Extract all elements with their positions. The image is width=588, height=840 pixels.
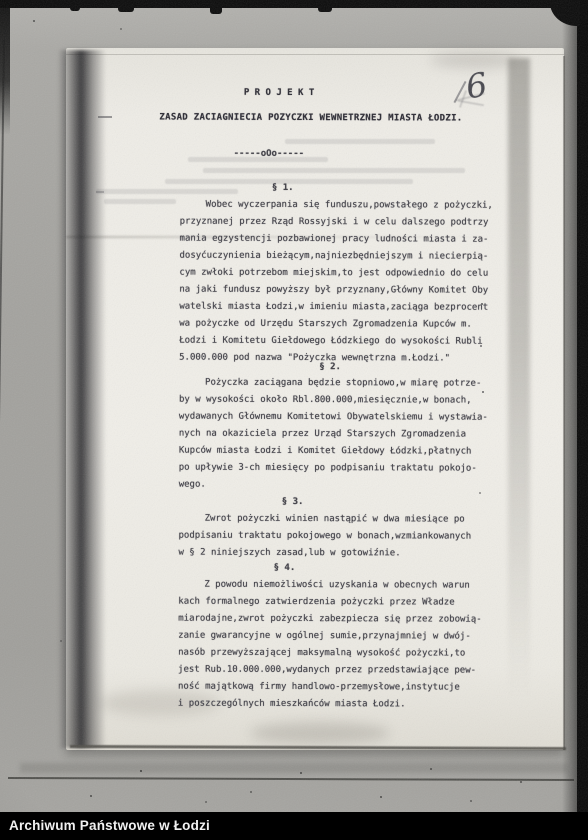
typed-line: wego. bbox=[179, 477, 509, 495]
typed-line: Wobec wyczerpania się funduszu,powstałeg… bbox=[180, 197, 510, 215]
typed-line: miarodajne,zwrot pożyczki zabezpiecza si… bbox=[178, 611, 508, 629]
typed-line: kach formalnego zatwierdzenia pożyczki p… bbox=[178, 594, 508, 612]
film-frame-drip bbox=[318, 8, 332, 12]
typed-line: ność majątkową firmy handlowo-przemysłow… bbox=[178, 679, 508, 697]
section-4-text: Z powodu niemożliwości uzyskania w obecn… bbox=[178, 577, 508, 714]
typed-line: Pożyczka zaciągana będzie stopniowo,w mi… bbox=[179, 375, 509, 393]
typed-line: nych na okaziciela przez Urząd Starszych… bbox=[179, 426, 509, 444]
typed-line: Kupców miasta Łodzi i Komitet Giełdowy Ł… bbox=[179, 443, 509, 461]
typed-line: wa pożyczke od Urzędu Starszych Zgromadz… bbox=[179, 316, 509, 334]
typed-line: wydawanych Głównemu Komitetowi Obywatels… bbox=[179, 409, 509, 427]
typed-line: zanie gwarancyjne w ogólnej sumie,przyna… bbox=[178, 628, 508, 646]
typed-line: przyznanej przez Rząd Rossyjski i w celu… bbox=[180, 214, 510, 232]
typed-line: Zwrot pożyczki winien nastąpić w dwa mie… bbox=[179, 511, 509, 529]
section-divider: -----oOo----- bbox=[169, 146, 369, 164]
typed-line: w § 2 niniejszych zasad,lub w gotowiźnie… bbox=[178, 545, 508, 563]
archive-caption: Archiwum Państwowe w Łodzi bbox=[9, 818, 210, 833]
film-frame-top bbox=[0, 0, 588, 8]
typed-line: dosyćuczynienia bieżącym,najniezbędniejs… bbox=[179, 248, 509, 266]
section-2-text: Pożyczka zaciągana będzie stopniowo,w mi… bbox=[179, 375, 509, 495]
section-1-text: Wobec wyczerpania się funduszu,powstałeg… bbox=[179, 197, 510, 368]
film-frame-right bbox=[577, 0, 588, 812]
section-1-label: § 1. bbox=[261, 180, 305, 197]
typed-document: P R O J E K T ZASAD ZACIAGNIECIA POZYCZK… bbox=[0, 0, 588, 813]
section-3-label: § 3. bbox=[271, 494, 315, 511]
section-2-label: § 2. bbox=[308, 359, 352, 376]
typed-line: nasób przewyższającej maksymalną wysokoś… bbox=[178, 645, 508, 663]
dust-speckles bbox=[0, 0, 2, 2]
archive-scan-viewer: P R O J E K T ZASAD ZACIAGNIECIA POZYCZK… bbox=[0, 0, 588, 840]
typed-line: mania egzystencji pozbawionej pracy ludn… bbox=[180, 231, 510, 249]
document-heading: P R O J E K T bbox=[179, 85, 379, 103]
typed-line: jest Rub.10.000.000,wydanych przez przed… bbox=[178, 662, 508, 680]
typed-line: watelski miasta Łodzi,w imieniu miasta,z… bbox=[179, 299, 509, 317]
typed-line: podpisaniu traktatu pokojowego w bonach,… bbox=[178, 528, 508, 546]
caption-bar: Archiwum Państwowe w Łodzi bbox=[0, 812, 588, 840]
typed-line: Z powodu niemożliwości uzyskania w obecn… bbox=[178, 577, 508, 595]
film-frame-drip bbox=[118, 8, 134, 12]
typed-line: i poszczególnych mieszkańców miasta Łodz… bbox=[178, 696, 508, 714]
typed-line: po upływie 3-ch miesięcy po podpisaniu t… bbox=[179, 460, 509, 478]
film-frame-drip bbox=[210, 8, 222, 14]
typed-line: by w wysokości około Rbl.800.000,miesięc… bbox=[179, 392, 509, 410]
typed-line: na jaki fundusz powyższy był przyznany,G… bbox=[179, 282, 509, 300]
typed-line: cym zwłoki potrzebom miejskim,to jest od… bbox=[179, 265, 509, 283]
section-4-label: § 4. bbox=[262, 560, 306, 577]
document-title: ZASAD ZACIAGNIECIA POZYCZKI WEWNETRZNEJ … bbox=[146, 109, 476, 127]
film-frame-right-shadow bbox=[562, 0, 578, 812]
typed-line: Łodzi i Komitetu Giełdowego Łódzkiego do… bbox=[179, 333, 509, 351]
film-frame-drip bbox=[70, 8, 80, 11]
section-3-text: Zwrot pożyczki winien nastąpić w dwa mie… bbox=[178, 511, 508, 563]
photo-background: P R O J E K T ZASAD ZACIAGNIECIA POZYCZK… bbox=[0, 0, 588, 812]
